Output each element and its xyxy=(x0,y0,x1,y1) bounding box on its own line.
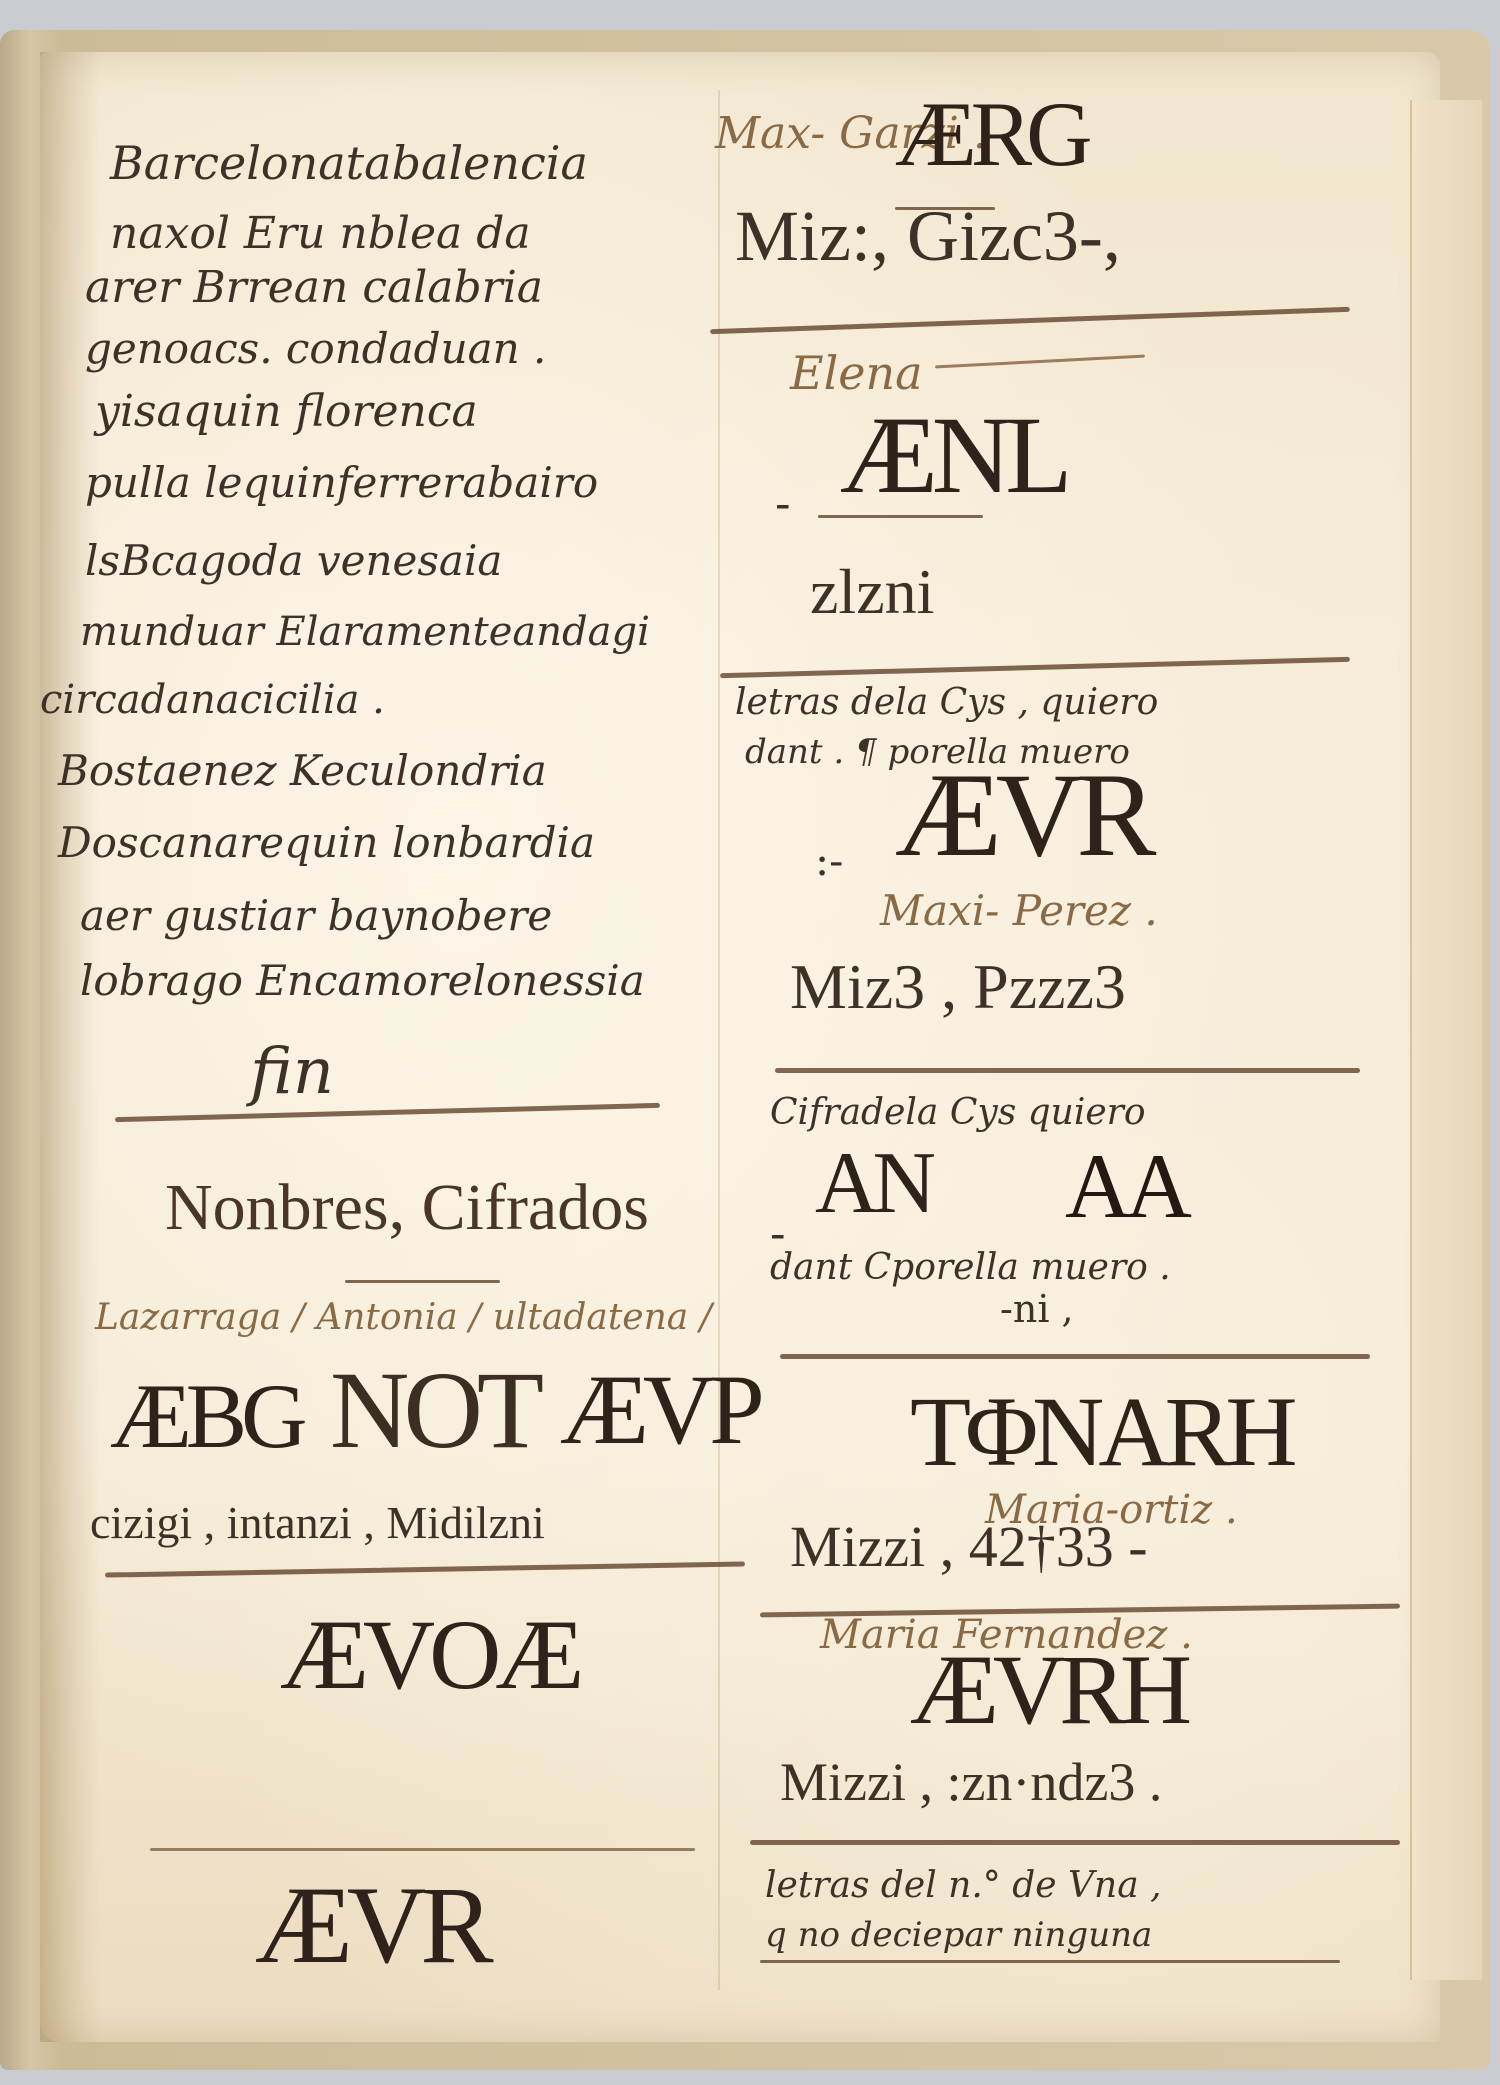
monogram: AA xyxy=(1065,1140,1186,1232)
cipher-code: Miz:, Gizc3-, xyxy=(735,200,1121,272)
cipher-line: munduar Elaramenteandagi xyxy=(80,612,650,652)
monogram-underline xyxy=(818,515,983,518)
prefix-mark: - xyxy=(775,480,791,526)
cipher-line: pulla lequinferrerabairo xyxy=(85,462,598,504)
cipher-code: -ni , xyxy=(1000,1290,1074,1328)
monogram: ÆVP xyxy=(560,1360,759,1460)
monogram: ÆVR xyxy=(895,755,1150,875)
cipher-line: Bostaenez Keculondria xyxy=(58,750,547,792)
divider-rule xyxy=(760,1960,1340,1963)
divider-rule xyxy=(150,1848,695,1851)
section-title: Nonbres, Cifrados xyxy=(165,1175,649,1241)
cipher-codes: cizigi , intanzi , Midilzni xyxy=(90,1500,545,1546)
monogram: ÆNL xyxy=(840,400,1066,510)
monogram: ÆRG xyxy=(895,88,1087,180)
monogram: AN xyxy=(815,1140,930,1228)
page-stub-edge xyxy=(1410,100,1482,1980)
end-mark: fin xyxy=(250,1040,334,1104)
name-label: Maxi- Perez . xyxy=(880,890,1158,932)
note-line: letras del n.° de Vna , xyxy=(765,1868,1162,1904)
monogram: ÆBG xyxy=(110,1370,302,1462)
cipher-line: lobrago Encamorelonessia xyxy=(80,960,645,1002)
divider-rule xyxy=(780,1354,1370,1359)
note-line: letras dela Cys , quiero xyxy=(735,685,1158,721)
divider-rule xyxy=(775,1068,1360,1073)
monogram: NOT xyxy=(330,1355,538,1465)
cipher-code: Mizzi , 42†33 - xyxy=(790,1518,1148,1576)
cipher-line: genoacs. condaduan . xyxy=(85,328,546,370)
cipher-line: Doscanarequin lonbardia xyxy=(58,822,595,864)
cipher-line: yisaquin florenca xyxy=(95,390,478,434)
cipher-line: arer Brrean calabria xyxy=(85,266,543,310)
cipher-line: circadanacicilia . xyxy=(40,680,385,720)
note-line: dant Cporella muero . xyxy=(770,1250,1171,1286)
note-line: Cifradela Cys quiero xyxy=(770,1095,1146,1131)
divider-rule xyxy=(750,1840,1400,1845)
cipher-line: aer gustiar baynobere xyxy=(80,895,552,937)
cipher-code: zlzni xyxy=(810,560,934,624)
cipher-code: Mizzi , :zn·ndz3 . xyxy=(780,1755,1162,1809)
prefix-mark: :- xyxy=(815,840,843,882)
names-line: Lazarraga / Antonia / ultadatena / xyxy=(95,1300,712,1336)
title-underline xyxy=(345,1280,500,1283)
monogram: ÆVR xyxy=(255,1870,488,1980)
column-fold xyxy=(718,90,720,1990)
cipher-line: lsBcagoda venesaia xyxy=(85,540,502,582)
monogram: ÆVRH xyxy=(910,1640,1186,1740)
monogram: TΦNARH xyxy=(910,1382,1292,1482)
cipher-code: Miz3 , Pzzz3 xyxy=(790,955,1126,1019)
monogram: ÆVOÆ xyxy=(280,1605,578,1705)
name-label: Elena xyxy=(790,350,923,396)
cipher-line: naxol Eru nblea da xyxy=(110,212,531,256)
cipher-line: Barcelonatabalencia xyxy=(110,140,588,186)
note-line: q no deciepar ninguna xyxy=(765,1918,1152,1952)
